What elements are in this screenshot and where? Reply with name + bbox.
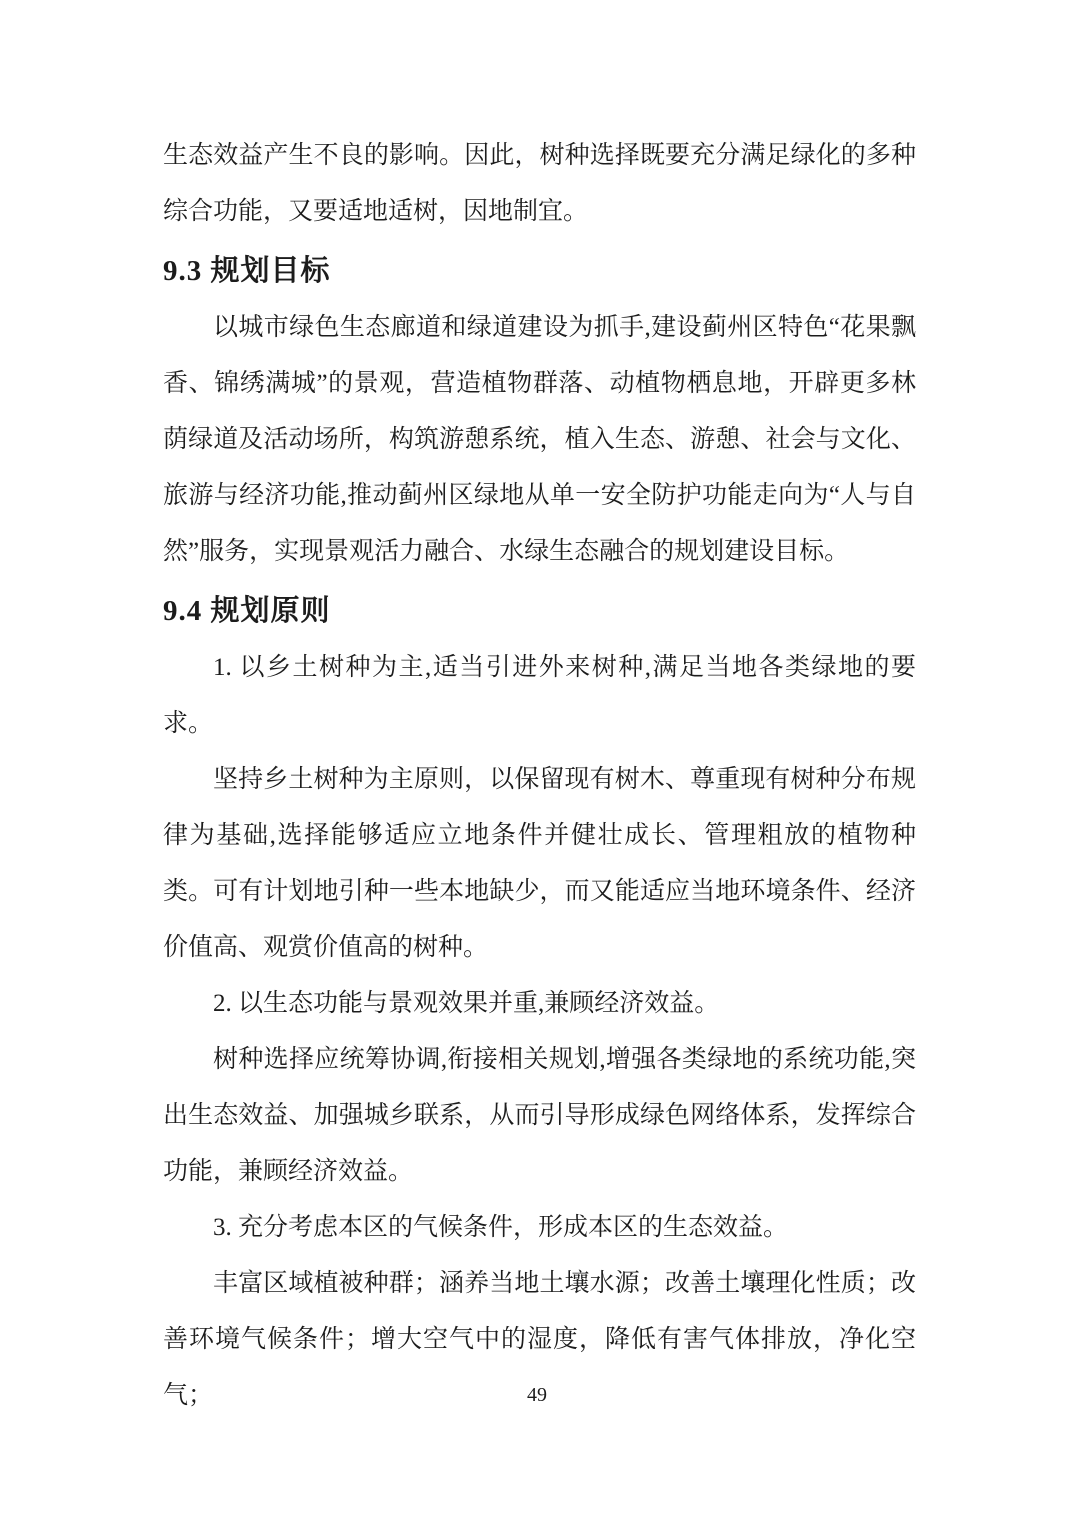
- document-page: 生态效益产生不良的影响。因此，树种选择既要充分满足绿化的多种综合功能，又要适地适…: [0, 0, 1074, 1520]
- document-body: 生态效益产生不良的影响。因此，树种选择既要充分满足绿化的多种综合功能，又要适地适…: [163, 128, 916, 1424]
- section-heading: 9.3 规划目标: [163, 242, 916, 300]
- section-heading: 9.4 规划原则: [163, 582, 916, 640]
- body-paragraph: 生态效益产生不良的影响。因此，树种选择既要充分满足绿化的多种综合功能，又要适地适…: [163, 128, 916, 240]
- body-paragraph: 3. 充分考虑本区的气候条件，形成本区的生态效益。: [163, 1200, 916, 1256]
- body-paragraph: 1. 以乡土树种为主,适当引进外来树种,满足当地各类绿地的要求。: [163, 640, 916, 752]
- body-paragraph: 以城市绿色生态廊道和绿道建设为抓手,建设蓟州区特色“花果飘香、锦绣满城”的景观，…: [163, 300, 916, 580]
- body-paragraph: 树种选择应统筹协调,衔接相关规划,增强各类绿地的系统功能,突出生态效益、加强城乡…: [163, 1032, 916, 1200]
- body-paragraph: 坚持乡土树种为主原则，以保留现有树木、尊重现有树种分布规律为基础,选择能够适应立…: [163, 752, 916, 976]
- page-number: 49: [0, 1382, 1074, 1408]
- body-paragraph: 2. 以生态功能与景观效果并重,兼顾经济效益。: [163, 976, 916, 1032]
